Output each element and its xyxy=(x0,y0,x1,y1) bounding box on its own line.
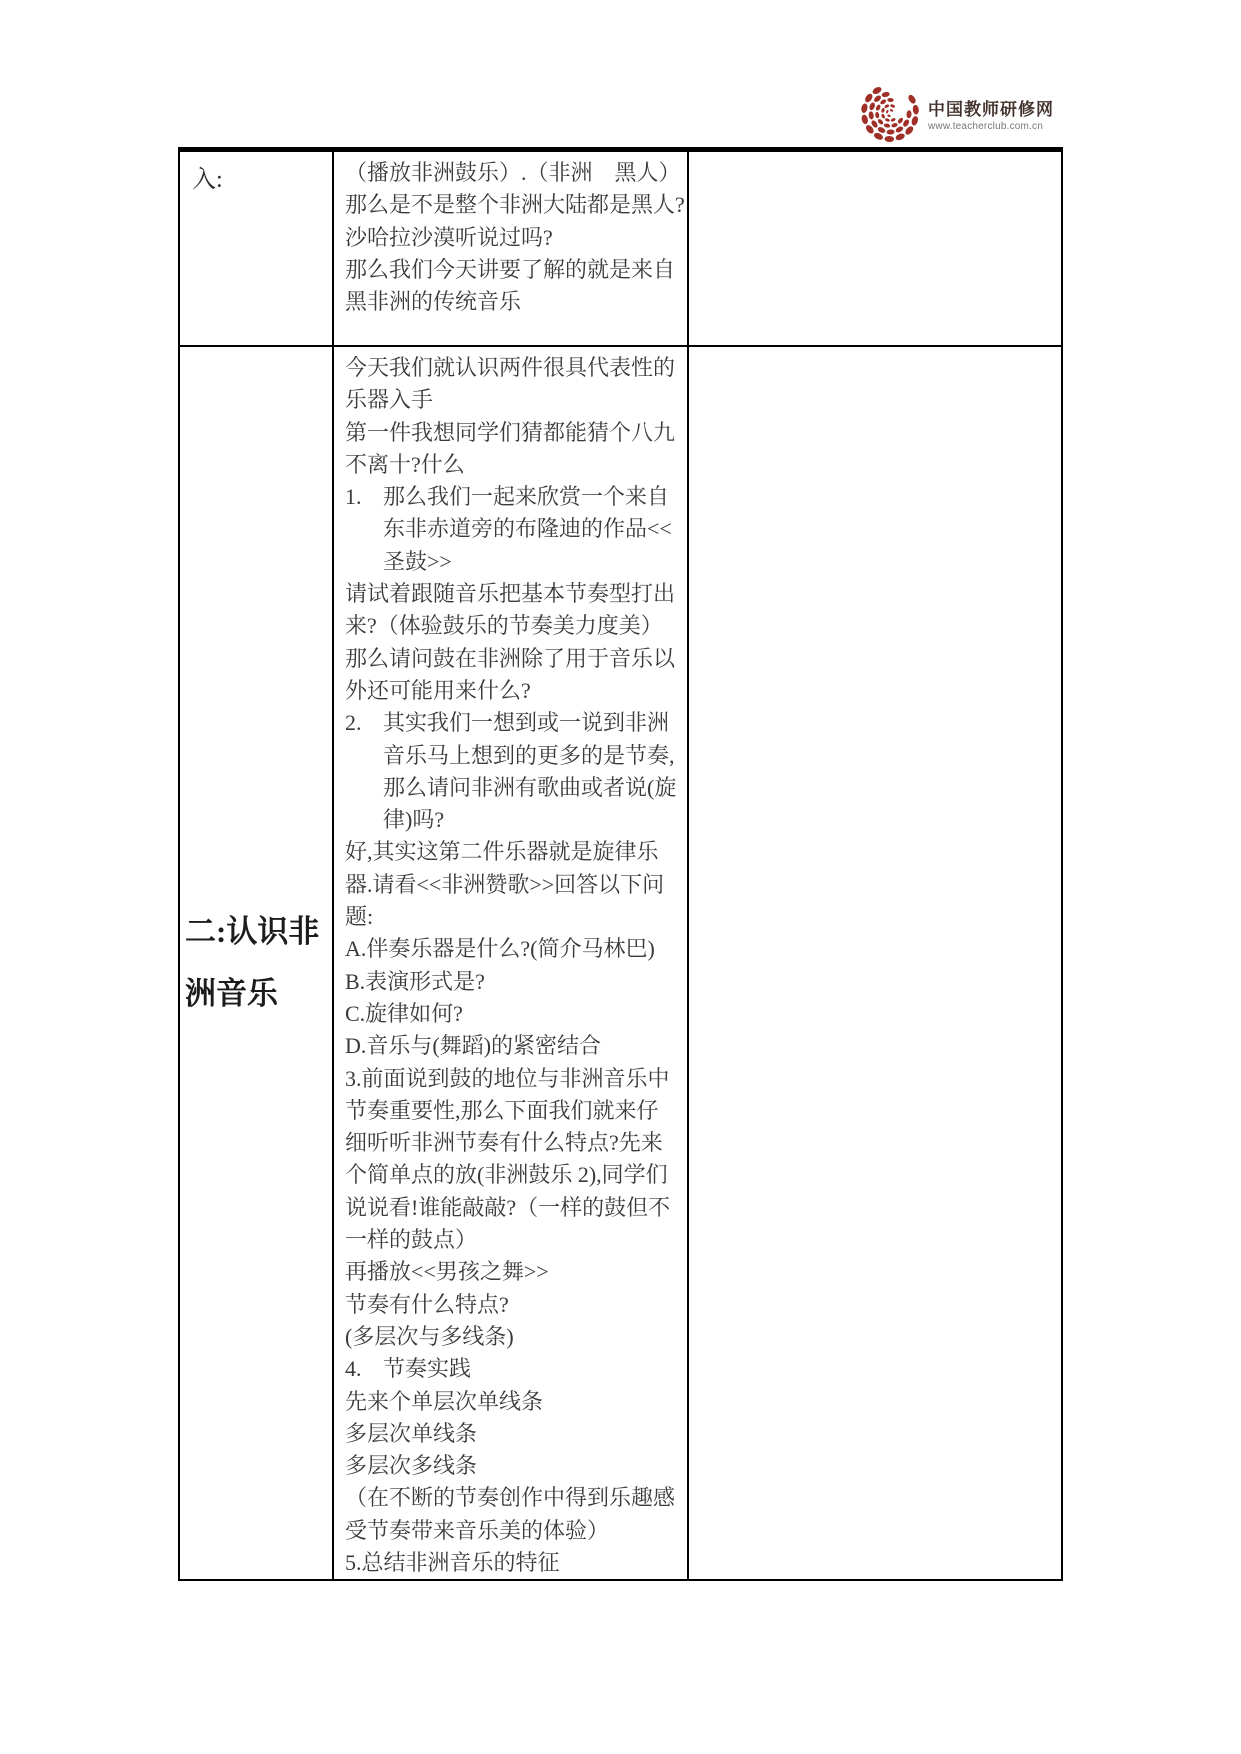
text-line: 说说看!谁能敲敲?（一样的鼓但不 xyxy=(345,1192,685,1224)
text-line: D.音乐与(舞蹈)的紧密结合 xyxy=(345,1030,685,1062)
row2-empty-cell xyxy=(689,347,1061,1579)
row1-content-cell: （播放非洲鼓乐）.（非洲 黑人） 那么是不是整个非洲大陆都是黑人? 沙哈拉沙漠听… xyxy=(334,152,689,347)
text-line: 受节奏带来音乐美的体验） xyxy=(345,1515,685,1547)
text-line: 4.节奏实践 xyxy=(345,1353,685,1385)
row1-label: 入: xyxy=(192,167,223,193)
text-line: 外还可能用来什么? xyxy=(345,675,685,707)
logo-text: 中国教师研修网 www.teacherclub.com.cn xyxy=(928,95,1054,132)
text-line: 那么是不是整个非洲大陆都是黑人? xyxy=(345,189,685,221)
text-line: 节奏重要性,那么下面我们就来仔 xyxy=(345,1095,685,1127)
row2-label-line1: 二:认识非 xyxy=(185,901,332,963)
site-logo: 中国教师研修网 www.teacherclub.com.cn xyxy=(854,82,1054,144)
text-line: 圣鼓>> xyxy=(345,546,685,578)
row1-label-cell: 入: xyxy=(180,152,334,347)
text-line: （播放非洲鼓乐）.（非洲 黑人） xyxy=(345,157,685,189)
text-line: 5.总结非洲音乐的特征 xyxy=(345,1547,685,1579)
lesson-plan-table: 入: （播放非洲鼓乐）.（非洲 黑人） 那么是不是整个非洲大陆都是黑人? 沙哈拉… xyxy=(178,147,1063,1581)
text-line: 乐器入手 xyxy=(345,384,685,416)
text-line: 第一件我想同学们猜都能猜个八九 xyxy=(345,417,685,449)
text-line: 律)吗? xyxy=(345,804,685,836)
text-line: 那么请问非洲有歌曲或者说(旋 xyxy=(345,772,685,804)
text-line: A.伴奏乐器是什么?(简介马林巴) xyxy=(345,933,685,965)
text-line: 请试着跟随音乐把基本节奏型打出 xyxy=(345,578,685,610)
text-line: 3.前面说到鼓的地位与非洲音乐中 xyxy=(345,1063,685,1095)
text-line: 黑非洲的传统音乐 xyxy=(345,286,685,318)
text-line: 节奏有什么特点? xyxy=(345,1289,685,1321)
text-line: 沙哈拉沙漠听说过吗? xyxy=(345,222,685,254)
text-line: 一样的鼓点） xyxy=(345,1224,685,1256)
text-line: 东非赤道旁的布隆迪的作品<< xyxy=(345,513,685,545)
text-line: 多层次单线条 xyxy=(345,1418,685,1450)
row1-empty-cell xyxy=(689,152,1061,347)
text-line: 好,其实这第二件乐器就是旋律乐 xyxy=(345,836,685,868)
text-line: 个简单点的放(非洲鼓乐 2),同学们 xyxy=(345,1159,685,1191)
logo-swirl-icon xyxy=(854,82,932,144)
text-line: 音乐马上想到的更多的是节奏, xyxy=(345,740,685,772)
text-line: 1.那么我们一起来欣赏一个来自 xyxy=(345,481,685,513)
text-line: 那么请问鼓在非洲除了用于音乐以 xyxy=(345,643,685,675)
text-line: 题: xyxy=(345,901,685,933)
text-line: 2.其实我们一想到或一说到非洲 xyxy=(345,707,685,739)
text-line: 那么我们今天讲要了解的就是来自 xyxy=(345,254,685,286)
text-line: 今天我们就认识两件很具代表性的 xyxy=(345,352,685,384)
text-line: (多层次与多线条) xyxy=(345,1321,685,1353)
text-line: 细听听非洲节奏有什么特点?先来 xyxy=(345,1127,685,1159)
text-line: 不离十?什么 xyxy=(345,449,685,481)
row2-label-line2: 洲音乐 xyxy=(185,963,332,1025)
text-line: C.旋律如何? xyxy=(345,998,685,1030)
text-line: 来?（体验鼓乐的节奏美力度美） xyxy=(345,610,685,642)
logo-url: www.teacherclub.com.cn xyxy=(928,121,1054,132)
logo-title: 中国教师研修网 xyxy=(928,95,1054,120)
row2-label-cell: 二:认识非 洲音乐 xyxy=(180,347,334,1579)
text-line: （在不断的节奏创作中得到乐趣感 xyxy=(345,1482,685,1514)
text-line: 先来个单层次单线条 xyxy=(345,1386,685,1418)
text-line: B.表演形式是? xyxy=(345,966,685,998)
text-line: 器.请看<<非洲赞歌>>回答以下问 xyxy=(345,869,685,901)
row2-content-cell: 今天我们就认识两件很具代表性的 乐器入手 第一件我想同学们猜都能猜个八九 不离十… xyxy=(334,347,689,1579)
text-line: 多层次多线条 xyxy=(345,1450,685,1482)
text-line: 再播放<<男孩之舞>> xyxy=(345,1256,685,1288)
